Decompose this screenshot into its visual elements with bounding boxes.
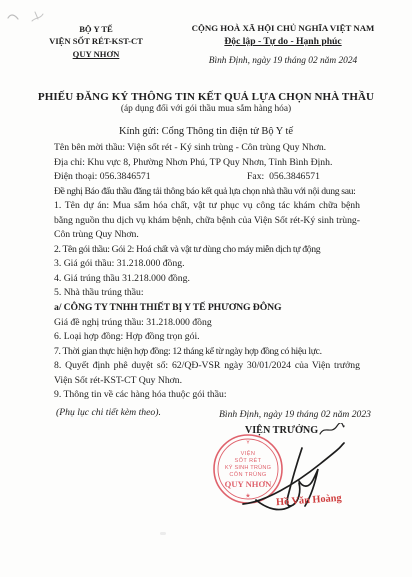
institute-name: VIỆN SỐT RÉT-KST-CT [36, 35, 156, 47]
phone-fax-line: Điện thoại: 056.3846571Fax: 056.3846571 [54, 170, 360, 185]
item-winning-bidder-label: 5. Nhà thầu trúng thầu: [54, 286, 360, 301]
national-title: CỘNG HOÀ XÃ HỘI CHỦ NGHĨA VIỆT NAM [186, 23, 380, 34]
proposed-price-line: Giá đề nghị trúng thầu: 31.218.000 đồng [54, 316, 360, 331]
fax-value: Fax: 056.3846571 [247, 170, 320, 185]
pen-flourish-icon [319, 423, 345, 436]
national-header-block: CỘNG HOÀ XÃ HỘI CHỦ NGHĨA VIỆT NAM Độc l… [186, 23, 380, 66]
signer-role: VIỆN TRƯỞNG [245, 425, 318, 436]
phone-value: Điện thoại: 056.3846571 [54, 171, 151, 182]
salutation-line: Kính gửi: Cổng Thông tin điện tử Bộ Y tế [0, 126, 412, 137]
item-package-price: 3. Giá gói thầu: 31.218.000 đồng. [54, 257, 360, 272]
scanned-document-page: BỘ Y TẾ VIỆN SỐT RÉT-KST-CT QUY NHƠN CỘN… [0, 0, 412, 577]
institute-location: QUY NHƠN [36, 48, 156, 60]
document-title: PHIẾU ĐĂNG KÝ THÔNG TIN KẾT QUẢ LỰA CHỌN… [0, 91, 412, 103]
winning-company-name: a/ CÔNG TY TNHH THIẾT BỊ Y TẾ PHƯƠNG ĐÔN… [54, 301, 360, 316]
national-motto: Độc lập - Tự do - Hạnh phúc [186, 36, 380, 47]
request-line: Đề nghị Báo đấu thầu đăng tải thông báo … [54, 185, 360, 200]
address-line: Địa chỉ: Khu vực 8, Phường Nhơn Phú, TP … [54, 156, 360, 171]
item-approval-decision: 8. Quyết định phê duyệt số: 62/QĐ-VSR ng… [54, 359, 360, 388]
issuing-agency-block: BỘ Y TẾ VIỆN SỐT RÉT-KST-CT QUY NHƠN [36, 23, 156, 60]
document-subtitle: (áp dụng đối với gói thầu mua sắm hàng h… [0, 104, 412, 114]
item-contract-duration: 7. Thời gian thực hiện hợp đồng: 12 thán… [54, 345, 360, 360]
item-contract-type: 6. Loại hợp đồng: Hợp đồng trọn gói. [54, 330, 360, 345]
scan-smudge [160, 532, 166, 535]
signature-block: Bình Định, ngày 19 tháng 02 năm 2023 VIỆ… [204, 409, 386, 438]
item-package-name: 2. Tên gói thầu: Gói 2: Hoá chất và vật … [54, 243, 360, 258]
signature-dateline: Bình Định, ngày 19 tháng 02 năm 2023 [204, 409, 386, 420]
item-goods-info: 9. Thông tin về các hàng hóa thuộc gói t… [54, 388, 360, 403]
pencil-marks [5, 8, 55, 26]
item-winning-price: 4. Giá trúng thầu 31.218.000 đồng. [54, 272, 360, 287]
item-project-name: 1. Tên dự án: Mua sắm hóa chất, vật tư p… [54, 199, 360, 243]
inviter-line: Tên bên mời thầu: Viện sốt rét - Ký sinh… [54, 141, 360, 156]
header-dateline: Bình Định, ngày 19 tháng 02 năm 2024 [186, 56, 380, 66]
title-block: PHIẾU ĐĂNG KÝ THÔNG TIN KẾT QUẢ LỰA CHỌN… [0, 91, 412, 114]
document-body: Tên bên mời thầu: Viện sốt rét - Ký sinh… [54, 141, 360, 420]
signer-role-row: VIỆN TRƯỞNG [204, 420, 386, 438]
